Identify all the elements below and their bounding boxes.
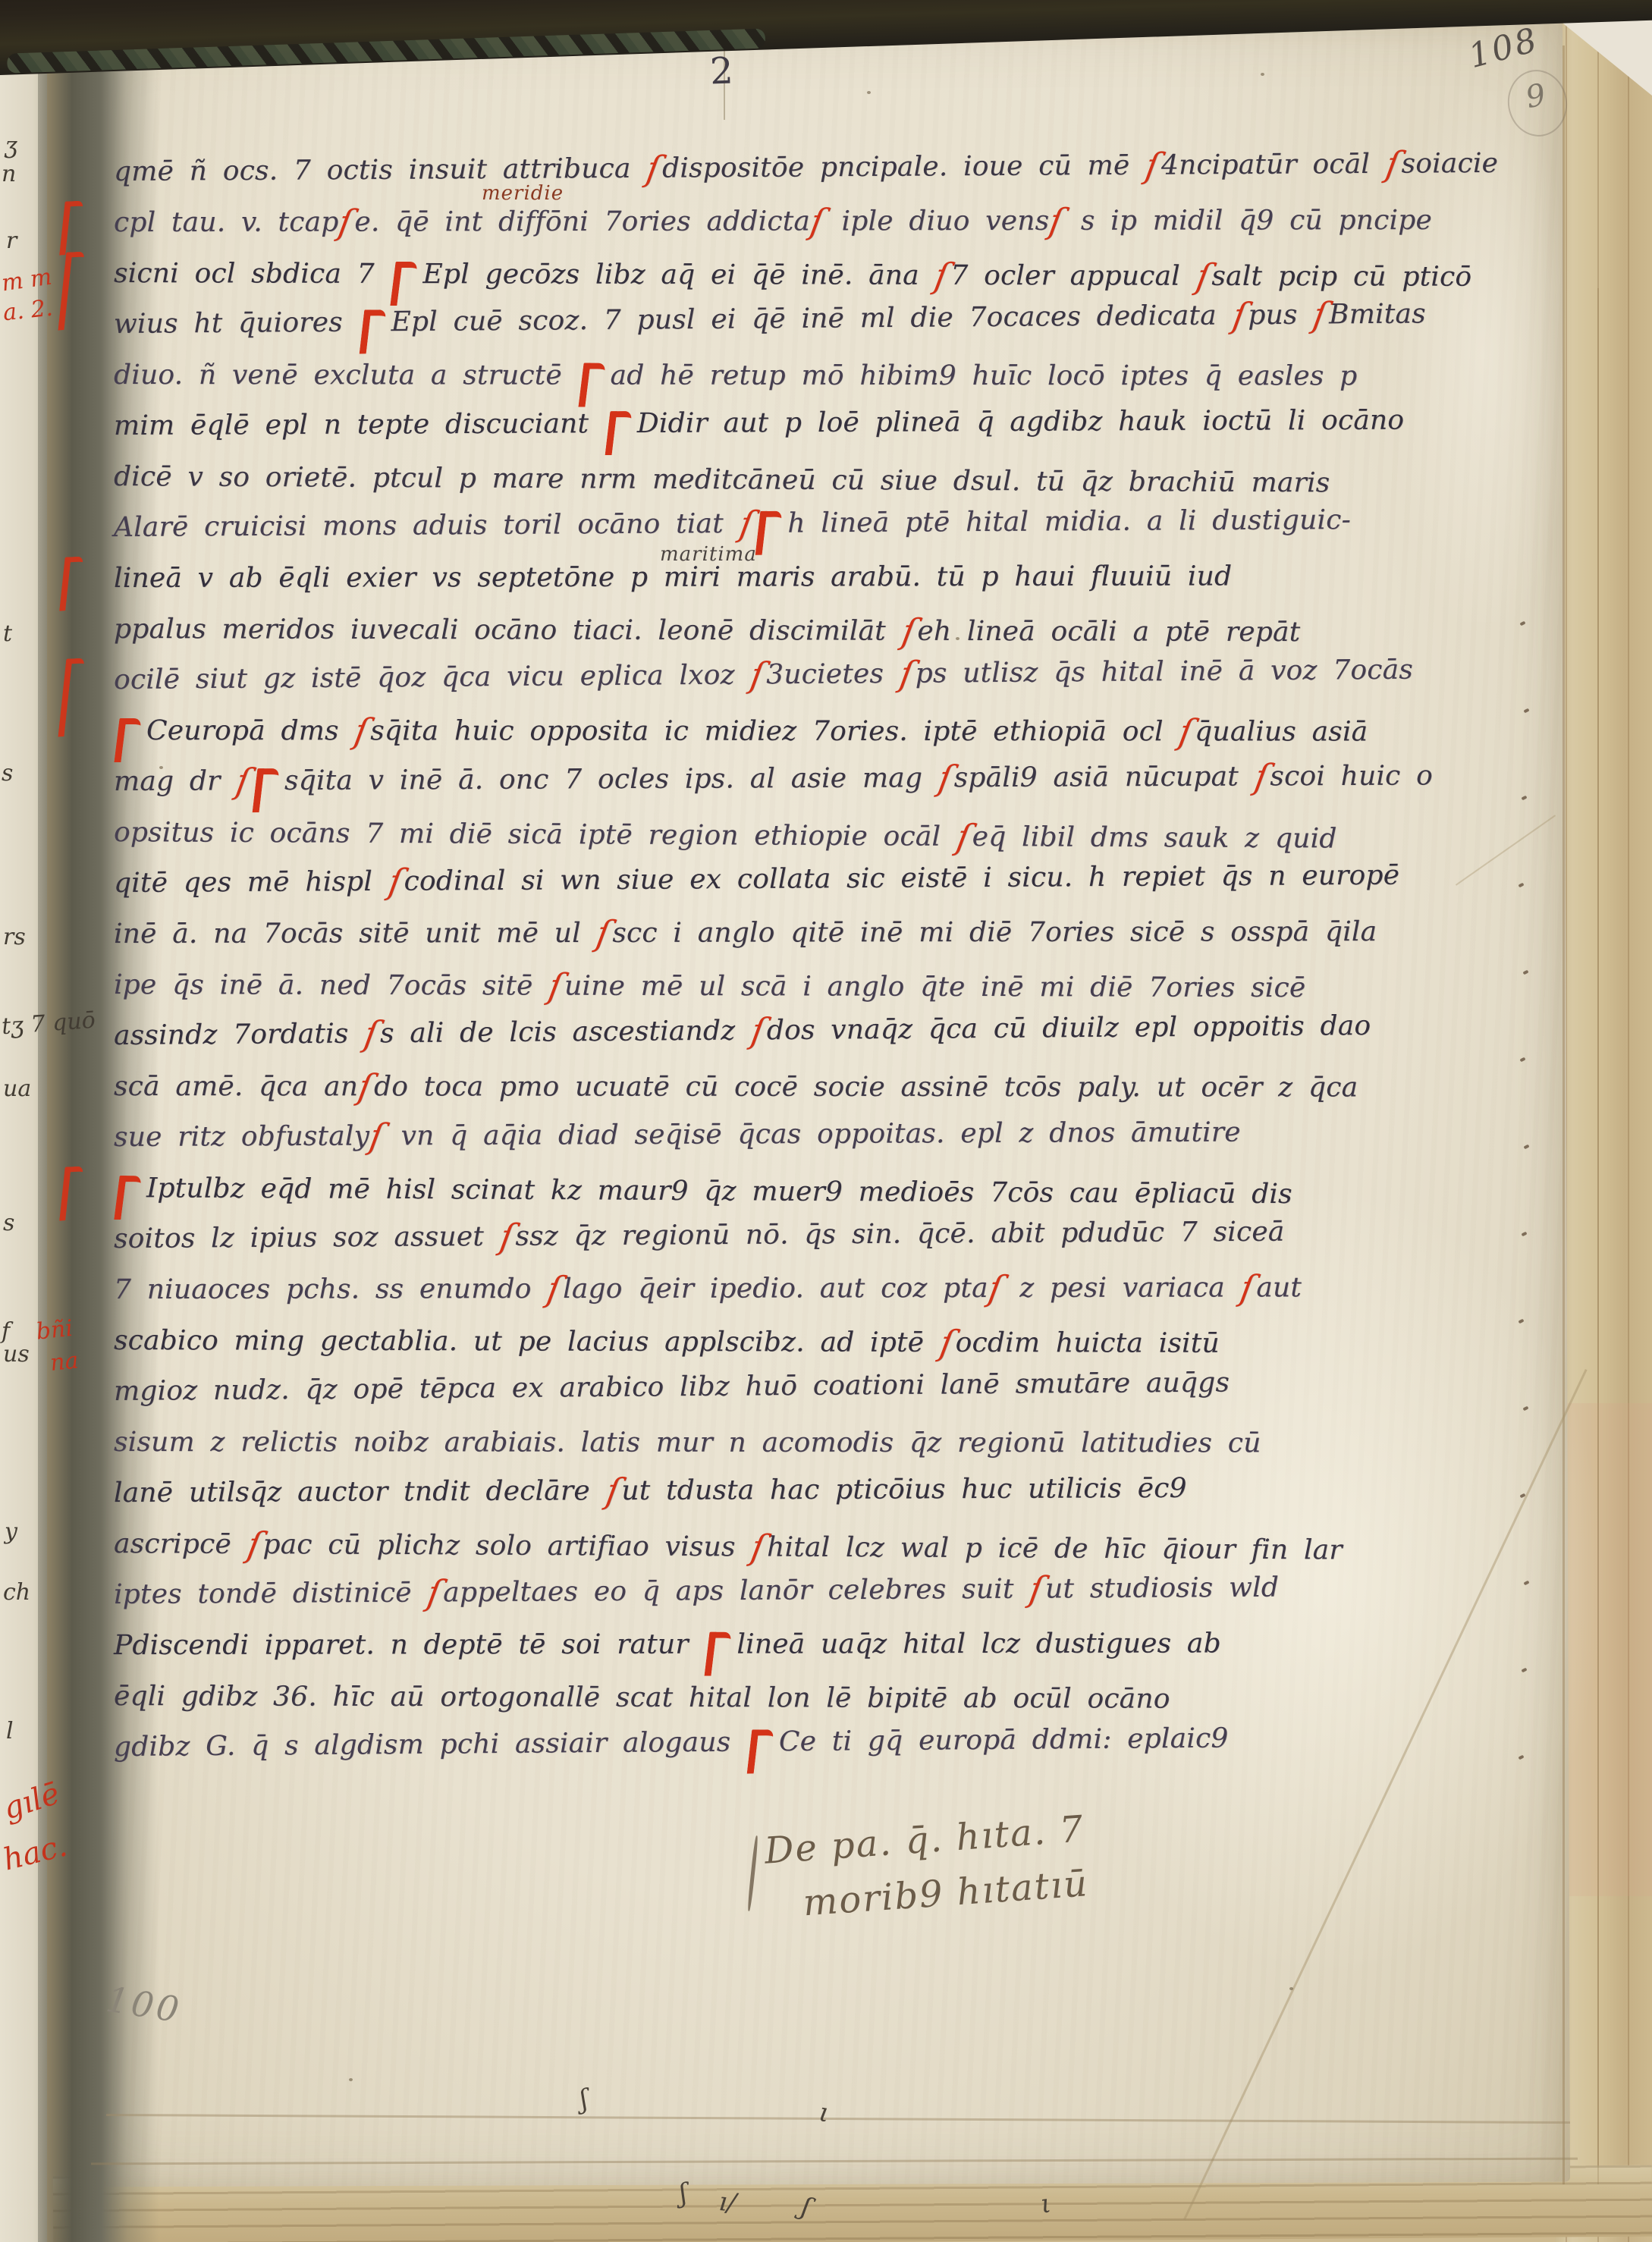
edge-fragment: us — [3, 1341, 30, 1367]
manuscript-line: cpl tau. v. tcapſe. q̄ē int diffōni 7ori… — [114, 203, 1432, 240]
margin-note-line: bñi — [35, 1315, 77, 1346]
edge-fragment: ua — [3, 1075, 31, 1102]
rubric-initial — [705, 1632, 732, 1676]
manuscript-line: Pdiscendi ipparet. n deptē tē soi ratur … — [114, 1626, 1221, 1677]
facing-page-edge — [0, 0, 47, 2242]
page-edge-line — [1628, 0, 1629, 2242]
rubric-initial — [391, 262, 418, 306]
manuscript-line: dicē v so orietē. ptcul p mare nrm medit… — [114, 460, 1330, 501]
manuscript-line: Ceuropā dms ſsq̄ita huic opposita ic mid… — [114, 714, 1368, 763]
manuscript-line: ēqli gdibz 36. hīc aū ortogonallē scat h… — [114, 1679, 1170, 1717]
margin-note-red: bñi na — [35, 1315, 80, 1378]
ink-speck — [1289, 1987, 1293, 1990]
page-edge-line — [1597, 0, 1599, 2242]
edge-fragment: ch — [3, 1579, 30, 1606]
rubric-initial — [605, 411, 632, 455]
manuscript-line: ipe q̄s inē ā. ned 7ocās sitē ſuine mē u… — [114, 968, 1306, 1006]
rubric-initial — [755, 511, 783, 555]
edge-discoloration — [1555, 1403, 1652, 1896]
rubric-initial — [578, 363, 605, 407]
edge-fragment: rs — [3, 924, 26, 950]
manuscript-line: ascripcē ſpac cū plichz solo artifiao vi… — [114, 1527, 1343, 1568]
manuscript-line: wius ht q̄uiores Epl cuē scoz. 7 pusl ei… — [114, 297, 1426, 356]
manuscript-line: inē ā. na 7ocās sitē unit mē ul ſscc i a… — [114, 915, 1377, 952]
ink-speck — [867, 91, 871, 94]
rubric-initial — [114, 718, 141, 762]
manuscript-line: soitos lz ipius soz assuet ſssz q̄z regi… — [114, 1215, 1285, 1257]
manuscript-line: ppalus meridos iuvecali ocāno tiaci. leo… — [114, 612, 1300, 650]
edge-fragment: s — [2, 760, 13, 787]
manuscript-line: diuo. ñ venē excluta a structē ad hē ret… — [114, 358, 1357, 407]
manuscript-line: sue ritz obfustalyſ vn q̄ aq̄ia diad seq… — [114, 1116, 1241, 1155]
manuscript-line: lanē utilsq̄z auctor tndit declāre ſut t… — [114, 1471, 1187, 1511]
page-number-top-center: 2 — [709, 49, 733, 93]
manuscript-line: lineā v ab ēqli exier vs septetōne p mir… — [114, 559, 1232, 596]
manuscript-line: opsitus ic ocāns 7 mi diē sicā iptē regi… — [114, 815, 1337, 856]
manuscript-line: iptes tondē distinicē ſappeltaes eo q̄ a… — [114, 1571, 1279, 1612]
ink-speck — [1261, 73, 1264, 76]
edge-fragment: r — [6, 228, 17, 254]
rubric-initial — [253, 768, 280, 812]
edge-fragment: n — [2, 161, 16, 187]
manuscript-page-photo: 2 108 9 100 meridie maritima bñi na qmē … — [0, 0, 1652, 2242]
manuscript-line: scabico ming gectablia. ut pe lacius app… — [114, 1324, 1220, 1361]
edge-fragment: y — [5, 1518, 17, 1545]
edge-fragment: t — [3, 620, 12, 647]
manuscript-line: sisum z relictis noibz arabiais. latis m… — [114, 1425, 1261, 1461]
manuscript-line: scā amē. q̄ca anſdo toca pmo ucuatē cū c… — [114, 1069, 1358, 1105]
rubric-initial — [359, 309, 386, 353]
manuscript-line: 7 niuaoces pchs. ss enumdo ſlago q̄eir i… — [114, 1270, 1302, 1308]
manuscript-line: Alarē cruicisi mons aduis toril ocāno ti… — [114, 503, 1351, 559]
ink-speck — [349, 2078, 353, 2081]
margin-note-line: na — [49, 1347, 80, 1377]
edge-fragment: l — [6, 1718, 14, 1744]
manuscript-line: mag dr ſsq̄ita v inē ā. onc 7 ocles ips.… — [114, 758, 1433, 813]
manuscript-line: mim ēqlē epl n tepte discuciant Didir au… — [114, 403, 1405, 457]
manuscript-line: gdibz G. q̄ s algdism pchi assiair aloga… — [114, 1721, 1229, 1779]
edge-fragment: s — [3, 1210, 14, 1236]
rubric-initial — [747, 1729, 774, 1773]
edge-fragment-red: a. 2. — [2, 295, 54, 327]
rubric-initial — [114, 1176, 141, 1220]
edge-fragment: ʒ — [5, 133, 17, 159]
stray-ink-mark: ı/ — [718, 2187, 737, 2218]
fore-edge-page-stack — [1555, 0, 1652, 2242]
